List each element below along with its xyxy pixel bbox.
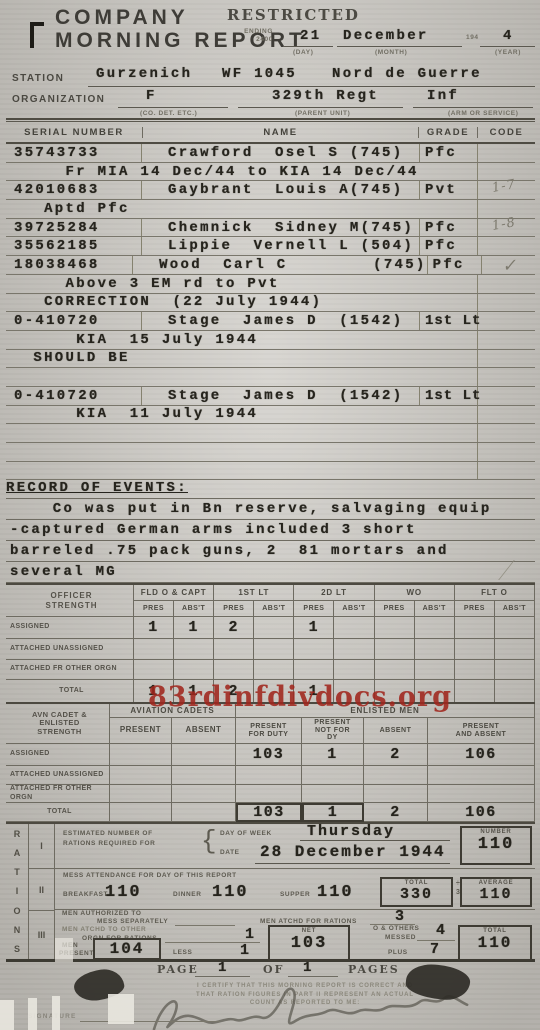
record-of-events-section: RECORD OF EVENTS: Co was put in Bn reser… (6, 478, 535, 583)
enlisted-value (364, 766, 428, 785)
group-2d-lt: 2D LT (294, 585, 374, 601)
number-box: NUMBER 110 (460, 826, 532, 865)
officer-value (415, 639, 455, 660)
net-value: 103 (291, 934, 328, 953)
serial: 0-410720 (6, 387, 142, 405)
note: KIA 11 July 1944 (6, 406, 420, 424)
roster-empty-row (6, 443, 535, 462)
numeral-ii: II (29, 869, 54, 911)
code (478, 237, 535, 255)
enlisted-value (428, 766, 535, 785)
day-of-week-value: Thursday (307, 823, 395, 840)
officer-value (254, 660, 294, 680)
officer-value (334, 617, 374, 639)
brace: { (201, 826, 217, 856)
note (6, 424, 420, 442)
estimated-number-label: ESTIMATED NUMBER OF (63, 830, 153, 837)
enlisted-value (302, 766, 364, 785)
year-prefix: 194 (466, 34, 479, 41)
note: Aptd Pfc (6, 200, 420, 218)
grade (420, 163, 478, 181)
subhead-pres: PRES (375, 601, 415, 617)
code (478, 294, 535, 312)
subhead-abst: ABS'T (254, 601, 294, 617)
rations-numeral-column: I II III (29, 824, 55, 959)
enlisted-value (172, 785, 236, 803)
officer-value (254, 617, 294, 639)
officer-strength-title-text: OFFICER STRENGTH (37, 591, 107, 609)
officer-value (294, 660, 334, 680)
grade (420, 331, 478, 349)
enlisted-value: 1 (302, 744, 364, 766)
roster-row: 35562185 Lippie Vernell L (504) Pfc (6, 237, 535, 256)
col-code: CODE (478, 127, 535, 138)
grade (420, 368, 478, 386)
rations-section-i: ESTIMATED NUMBER OF RATIONS REQUIRED FOR… (55, 824, 535, 869)
others-label1: O & OTHERS (373, 925, 419, 932)
rations-total-box: TOTAL 110 (458, 925, 532, 961)
row-label-attached-unassigned: ATTACHED UNASSIGNED (6, 766, 110, 785)
note (6, 368, 420, 386)
pages-label: PAGES (348, 963, 400, 976)
station-label: STATION (12, 73, 64, 84)
officer-value: 1 (174, 617, 214, 639)
enlisted-value (236, 766, 302, 785)
name: Gaybrant Louis A(745) (142, 181, 420, 199)
code (478, 200, 535, 218)
officer-value (294, 639, 334, 660)
enlisted-value (110, 766, 172, 785)
group-flt-o: FLT O (455, 585, 535, 601)
breakfast-label: BREAKFAST (63, 891, 108, 898)
enlisted-value (364, 785, 428, 803)
enlisted-value: 103 (236, 744, 302, 766)
name: Stage James D (1542) (142, 387, 420, 405)
col-present: PRESENT (110, 718, 172, 744)
form-title-line1: COMPANY (55, 6, 189, 30)
col-absent-2: ABSENT (364, 718, 428, 744)
row-label-total: TOTAL (6, 803, 110, 822)
supper-value: 110 (317, 883, 354, 902)
report-year-digit: 4 (503, 28, 514, 44)
report-month: December (343, 28, 429, 44)
roster-row: 39725284 Chemnick Sidney M(745) Pfc 1-8 (6, 219, 535, 238)
officer-value (174, 660, 214, 680)
officer-value (174, 639, 214, 660)
roster-note-row: CORRECTION (22 July 1944) (6, 294, 535, 313)
day-label: (DAY) (293, 49, 313, 56)
row-label-total: TOTAL (6, 680, 134, 704)
serial: 35562185 (6, 237, 142, 255)
row-label-attached-unassigned: ATTACHED UNASSIGNED (6, 639, 134, 660)
restricted-stamp: RESTRICTED (227, 6, 360, 24)
code (478, 144, 535, 162)
org-parent: 329th Regt (272, 88, 379, 104)
enlisted-value (172, 744, 236, 766)
code (478, 275, 535, 293)
grade: 1st Lt (420, 387, 478, 405)
org-unit-label: (CO. DET. ETC.) (140, 110, 197, 117)
scan-streak (55, 938, 73, 962)
grade (420, 443, 478, 461)
scan-streak (108, 994, 134, 1024)
officer-value (334, 660, 374, 680)
officer-total (495, 680, 535, 704)
subhead-abst: ABS'T (334, 601, 374, 617)
number-value: 110 (478, 835, 515, 854)
code (478, 368, 535, 386)
subhead-pres: PRES (455, 601, 495, 617)
dinner-value: 110 (212, 883, 249, 902)
roster-row: 35743733 Crawford Osel S (745) Pfc (6, 144, 535, 163)
rations-main: ESTIMATED NUMBER OF RATIONS REQUIRED FOR… (55, 824, 535, 959)
serial: 35743733 (6, 144, 142, 162)
less-value: 1 (240, 942, 251, 959)
note: KIA 15 July 1944 (6, 331, 420, 349)
breakfast-value: 110 (105, 883, 142, 902)
officer-value (495, 617, 535, 639)
plus-value: 7 (430, 941, 441, 958)
col-absent: ABSENT (172, 718, 236, 744)
roster-row: 18038468 Wood Carl C (745) Pfc ✓ (6, 256, 535, 275)
pages-total: 1 (303, 960, 314, 976)
mess-total-value: 330 (400, 886, 433, 903)
date-value: 28 December 1944 (260, 843, 446, 861)
enlisted-total: 103 (236, 803, 302, 822)
supper-label: SUPPER (280, 891, 310, 898)
org-parent-label: (PARENT UNIT) (295, 110, 350, 117)
scan-streak (52, 996, 60, 1030)
ending-time: 2400 (243, 36, 273, 43)
code (478, 312, 535, 330)
enlisted-total (172, 803, 236, 822)
enlisted-value (110, 744, 172, 766)
grade: Pvt (420, 181, 478, 199)
officer-value (415, 617, 455, 639)
subhead-abst: ABS'T (174, 601, 214, 617)
enlisted-value: 2 (364, 744, 428, 766)
ending-label: ENDING (243, 28, 273, 35)
event-line: several MG (6, 562, 535, 583)
code (478, 350, 535, 368)
col-present-not-for-dy: PRESENT NOT FOR DY (302, 718, 364, 744)
col-serial-number: SERIAL NUMBER (6, 127, 143, 138)
enlisted-value: 106 (428, 744, 535, 766)
grade (420, 350, 478, 368)
of-label: OF (263, 963, 284, 976)
roster-row: 42010683 Gaybrant Louis A(745) Pvt 1-7 (6, 181, 535, 200)
handwritten-checkmark: ✓ (501, 255, 518, 276)
others-label2: MESSED (385, 934, 416, 941)
code: 1-8 (478, 219, 535, 237)
organization-label: ORGANIZATION (12, 94, 105, 105)
roster-note-row: Above 3 EM rd to Pvt (6, 275, 535, 294)
officer-value (375, 660, 415, 680)
group-fldo-capt: FLD O & CAPT (134, 585, 214, 601)
roster-note-row: KIA 11 July 1944 (6, 406, 535, 425)
subhead-abst: ABS'T (415, 601, 455, 617)
name: Crawford Osel S (745) (142, 144, 420, 162)
officer-value (415, 660, 455, 680)
date-label: DATE (220, 849, 240, 856)
mess-attendance-heading: MESS ATTENDANCE FOR DAY OF THIS REPORT (63, 872, 237, 879)
dinner-label: DINNER (173, 891, 202, 898)
station-grid: Nord de Guerre (332, 66, 482, 82)
col-present-for-duty: PRESENT FOR DUTY (236, 718, 302, 744)
officer-value: 1 (294, 617, 334, 639)
roster-empty-row (6, 424, 535, 443)
handwritten-code: 1-7 (491, 177, 517, 196)
year-label: (YEAR) (495, 49, 521, 56)
officer-value (455, 639, 495, 660)
enlisted-strength-title-text: AVN CADET & ENLISTED STRENGTH (25, 711, 95, 737)
row-label-attached-fr-other: ATTACHED FR OTHER ORGN (6, 785, 110, 803)
mess-total-box: TOTAL 330 (380, 877, 453, 907)
row-label-assigned: ASSIGNED (6, 617, 134, 639)
numeral-i: I (29, 824, 54, 869)
officer-value (214, 660, 254, 680)
code (478, 443, 535, 461)
org-arm-label: (ARM OR SERVICE) (448, 110, 519, 117)
subhead-pres: PRES (134, 601, 174, 617)
code (478, 462, 535, 480)
men-atchd-rations-label: MEN ATCHD FOR RATIONS (260, 918, 357, 925)
subhead-pres: PRES (214, 601, 254, 617)
code (478, 424, 535, 442)
code (478, 387, 535, 405)
officer-value (334, 639, 374, 660)
handwritten-code: 1-8 (491, 215, 517, 234)
grade (420, 294, 478, 312)
officer-value: 2 (214, 617, 254, 639)
officer-value (134, 639, 174, 660)
watermark-text: 83rdinfdivdocs.org (148, 682, 452, 714)
officer-total (455, 680, 495, 704)
officer-value: 1 (134, 617, 174, 639)
roster-row: 0-410720 Stage James D (1542) 1st Lt (6, 387, 535, 406)
serial: 39725284 (6, 219, 142, 237)
enlisted-value (110, 785, 172, 803)
station-value: Gurzenich (96, 66, 192, 82)
grade: 1st Lt (420, 312, 478, 330)
officer-value (375, 617, 415, 639)
enlisted-total: 2 (364, 803, 428, 822)
enlisted-total (110, 803, 172, 822)
rations-side-label: RATIONS (6, 824, 29, 959)
name: Wood Carl C (745) (133, 256, 428, 274)
roster-note-row: SHOULD BE (6, 350, 535, 369)
enlisted-value (236, 785, 302, 803)
col-name: NAME (143, 127, 419, 138)
roster-note-row: KIA 15 July 1944 (6, 331, 535, 350)
subhead-abst: ABS'T (495, 601, 535, 617)
note: SHOULD BE (6, 350, 420, 368)
enlisted-total: 106 (428, 803, 535, 822)
scan-artifact (30, 22, 34, 48)
serial: 0-410720 (6, 312, 142, 330)
note: Above 3 EM rd to Pvt (6, 275, 420, 293)
roster-note-row: Aptd Pfc (6, 200, 535, 219)
officer-value (455, 617, 495, 639)
roster-note-row: Fr MIA 14 Dec/44 to KIA 14 Dec/44 (6, 163, 535, 182)
note (6, 462, 420, 480)
average-box: AVERAGE 110 (460, 877, 532, 907)
record-of-events-title: RECORD OF EVENTS: (6, 478, 535, 499)
officer-strength-title: OFFICER STRENGTH (6, 585, 134, 617)
roster-table: SERIAL NUMBER NAME GRADE CODE 35743733 C… (6, 122, 535, 480)
others-value: 4 (436, 922, 447, 939)
subhead-pres: PRES (294, 601, 334, 617)
note (6, 443, 420, 461)
grade (420, 275, 478, 293)
officer-value (495, 660, 535, 680)
page-number: 1 (218, 960, 229, 976)
day-of-week-label: DAY OF WEEK (220, 830, 272, 837)
numeral-iii: III (29, 911, 54, 959)
roster-row: 0-410720 Stage James D (1542) 1st Lt (6, 312, 535, 331)
col-grade: GRADE (419, 127, 478, 138)
officer-value (134, 660, 174, 680)
note: CORRECTION (22 July 1944) (6, 294, 420, 312)
code (478, 331, 535, 349)
page-label: PAGE (157, 963, 199, 976)
men-atchd-rations-value: 3 (395, 908, 406, 925)
rations-section: RATIONS I II III ESTIMATED NUMBER OF RAT… (6, 822, 535, 962)
col-present-and-absent: PRESENT AND ABSENT (428, 718, 535, 744)
event-line: barreled .75 pack guns, 2 81 mortars and (6, 541, 535, 562)
enlisted-total: 1 (302, 803, 364, 822)
grade (420, 424, 478, 442)
atchd-other-label1: MEN ATCHD TO OTHER (62, 926, 146, 933)
average-value: 110 (479, 886, 512, 903)
grade (420, 462, 478, 480)
event-line: Co was put in Bn reserve, salvaging equi… (6, 499, 535, 520)
morning-report-document: COMPANY RESTRICTED MORNING REPORT ENDING… (0, 0, 540, 1030)
serial: 42010683 (6, 181, 142, 199)
name: Chemnick Sidney M(745) (142, 219, 420, 237)
month-label: (MONTH) (375, 49, 407, 56)
officer-value (495, 639, 535, 660)
rations-section-ii: MESS ATTENDANCE FOR DAY OF THIS REPORT B… (55, 868, 535, 910)
group-1st-lt: 1ST LT (214, 585, 294, 601)
rations-required-label: RATIONS REQUIRED FOR (63, 840, 155, 847)
officer-value (214, 639, 254, 660)
grade (420, 406, 478, 424)
officer-value (254, 639, 294, 660)
plus-label: PLUS (388, 949, 408, 956)
row-label-assigned: ASSIGNED (6, 744, 110, 766)
roster-header-row: SERIAL NUMBER NAME GRADE CODE (6, 122, 535, 144)
serial: 18038468 (6, 256, 133, 274)
name: Lippie Vernell L (504) (142, 237, 420, 255)
officer-value (375, 639, 415, 660)
enlisted-value (428, 785, 535, 803)
enlisted-value (172, 766, 236, 785)
grade: Pfc (420, 237, 478, 255)
grade: Pfc (428, 256, 482, 274)
scan-streak (0, 1000, 14, 1030)
event-line: -captured German arms included 3 short (6, 520, 535, 541)
men-present-value: 104 (110, 940, 145, 958)
enlisted-strength-title: AVN CADET & ENLISTED STRENGTH (6, 704, 110, 744)
scan-streak (28, 998, 37, 1030)
enlisted-value (302, 785, 364, 803)
rations-total-value: 110 (478, 934, 513, 952)
code (478, 406, 535, 424)
record-of-events-title-text: RECORD OF EVENTS: (6, 480, 188, 496)
mess-separately-label: MESS SEPARATELY (97, 918, 168, 925)
group-wo: WO (375, 585, 455, 601)
org-unit: F (146, 88, 157, 104)
atchd-other-value: 1 (245, 926, 256, 943)
station-coord: WF 1045 (222, 66, 297, 82)
row-label-attached-fr-other: ATTACHED FR OTHER ORGN (6, 660, 134, 680)
code: ✓ (482, 256, 535, 274)
name: Stage James D (1542) (142, 312, 420, 330)
rations-section-iii: MEN AUTHORIZED TO MESS SEPARATELY MEN AT… (55, 909, 535, 961)
roster-empty-row (6, 368, 535, 387)
officer-value (455, 660, 495, 680)
code: 1-7 (478, 181, 535, 199)
org-arm: Inf (427, 88, 459, 104)
enlisted-strength-table: AVN CADET & ENLISTED STRENGTH AVIATION C… (6, 702, 535, 822)
grade: Pfc (420, 219, 478, 237)
men-present-box: 104 (93, 938, 161, 960)
net-box: NET 103 (268, 925, 350, 961)
grade: Pfc (420, 144, 478, 162)
less-label: LESS (173, 949, 192, 956)
grade (420, 200, 478, 218)
men-authorized-label: MEN AUTHORIZED TO (62, 910, 142, 917)
note: Fr MIA 14 Dec/44 to KIA 14 Dec/44 (6, 163, 420, 181)
report-day: 21 (300, 28, 321, 44)
